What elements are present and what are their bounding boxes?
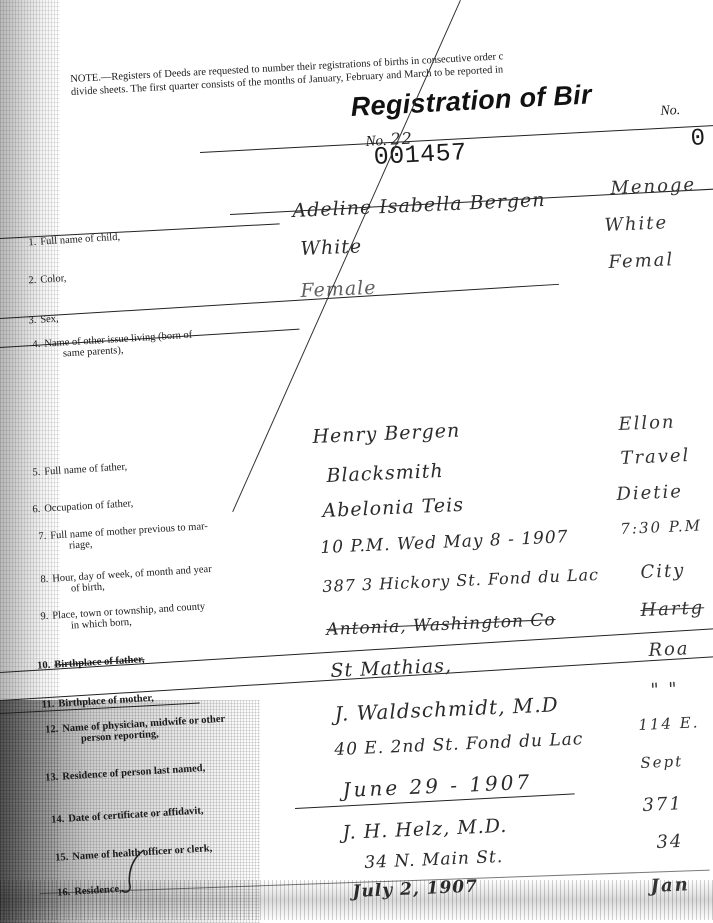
value-mother-name: Abelonia Teis (322, 494, 464, 522)
right-health-officer: 371 (642, 793, 683, 816)
pen-mark-icon (120, 848, 150, 898)
form-rule (0, 284, 559, 320)
value-physician-residence: 40 E. 2nd St. Fond du Lac (334, 729, 584, 760)
right-color: White (604, 212, 669, 236)
right-birth-time: 7:30 P.M (620, 516, 702, 538)
right-father-birthplace: Hartg (640, 597, 705, 621)
value-father-name: Henry Bergen (312, 420, 461, 448)
value-mother-birthplace: St Mathias, (330, 655, 452, 682)
right-physician-residence: 114 E. (638, 713, 700, 734)
right-father-occupation: Travel (620, 445, 691, 469)
right-residence: 34 (656, 831, 684, 853)
value-birth-time: 10 P.M. Wed May 8 - 1907 (320, 527, 569, 558)
value-color: White (300, 235, 363, 260)
value-child-name: Adeline Isabella Bergen (292, 189, 546, 222)
right-recorded-date: Jan (650, 874, 690, 897)
right-mother-birthplace: Roa (648, 638, 690, 661)
right-no-label: No. (660, 103, 681, 120)
right-mother-name: Dietie (616, 481, 683, 505)
right-child-name: Menoge (610, 174, 697, 199)
value-physician: J. Waldschmidt, M.D (334, 692, 559, 726)
value-health-officer: J. H. Helz, M.D. (342, 815, 508, 844)
value-father-occupation: Blacksmith (326, 460, 444, 487)
right-birth-place: City (640, 560, 686, 583)
document-title: Registration of Bir (350, 79, 593, 123)
value-sex: Female (300, 277, 377, 302)
right-certificate-date: Sept (640, 752, 684, 772)
right-serial-partial: 0 (690, 125, 706, 153)
birth-registration-scan: NOTE.—Registers of Deeds are requested t… (0, 0, 713, 923)
right-physician: " " (650, 679, 679, 701)
right-father-name: Ellon (618, 412, 676, 435)
value-birth-place: 387 3 Hickory St. Fond du Lac (322, 565, 599, 596)
value-father-birthplace: Antonia, Washington Co (326, 610, 556, 640)
value-residence: 34 N. Main St. (364, 847, 504, 873)
right-sex: Femal (608, 249, 675, 273)
